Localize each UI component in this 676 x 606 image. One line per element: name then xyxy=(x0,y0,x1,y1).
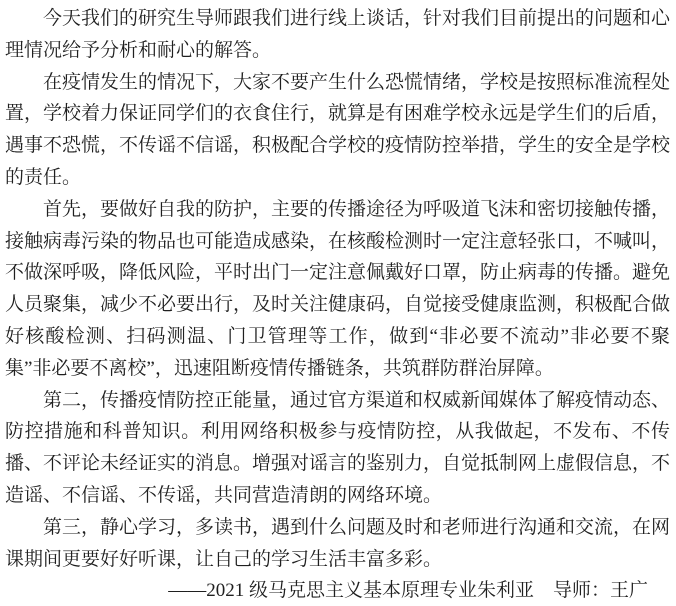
paragraph-third-study: 第三，静心学习，多读书，遇到什么问题及时和老师进行沟通和交流，在网课期间更要好好… xyxy=(5,512,670,576)
document-page: 今天我们的研究生导师跟我们进行线上谈话，针对我们目前提出的问题和心理情况给予分析… xyxy=(0,0,676,606)
paragraph-school-response: 在疫情发生的情况下，大家不要产生什么恐慌情绪，学校是按照标准流程处置，学校着力保… xyxy=(5,67,670,194)
paragraph-second-positive-energy: 第二，传播疫情防控正能量，通过官方渠道和权威新闻媒体了解疫情动态、防控措施和科普… xyxy=(5,385,670,512)
paragraph-intro: 今天我们的研究生导师跟我们进行线上谈话，针对我们目前提出的问题和心理情况给予分析… xyxy=(5,3,670,67)
paragraph-first-self-protection: 首先，要做好自我的防护，主要的传播途径为呼吸道飞沫和密切接触传播，接触病毒污染的… xyxy=(5,194,670,385)
attribution-line: ——2021 级马克思主义基本原理专业朱利亚 导师：王广 xyxy=(5,575,670,606)
